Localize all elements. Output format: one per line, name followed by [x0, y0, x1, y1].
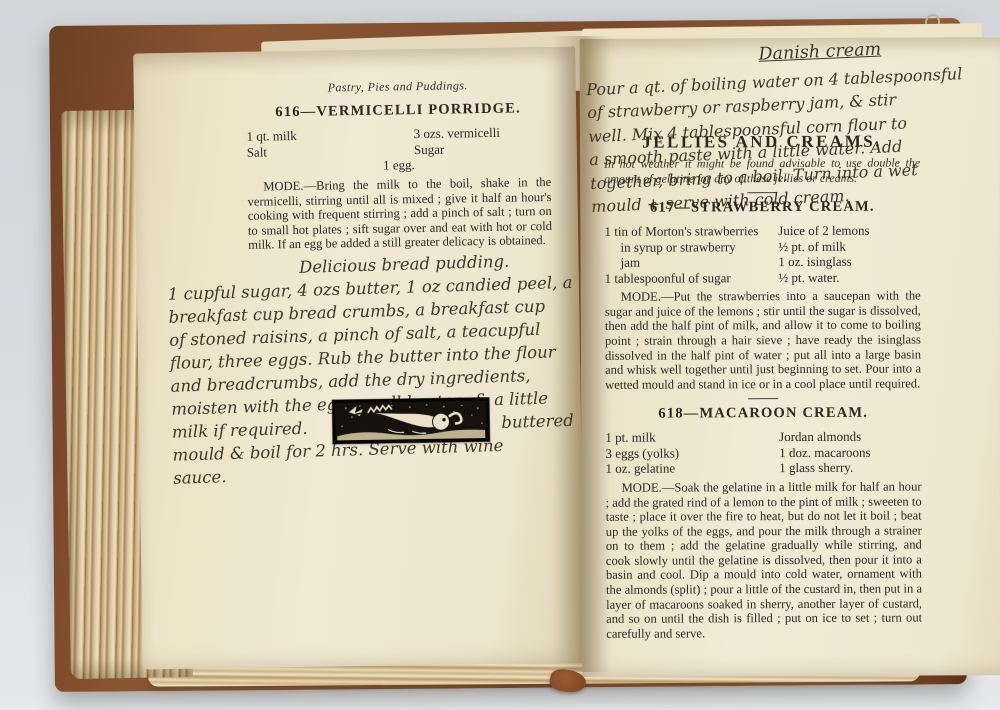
handwriting-line: of stoned raisins, a pinch of salt, a te… [169, 317, 572, 352]
right-page-print: JELLIES AND CREAMS. In hot weather it mi… [580, 37, 1000, 641]
mode-paragraph-616: MODE.—Bring the milk to the boil, shake … [247, 175, 552, 253]
handwriting-line: Delicious bread pudding. [167, 248, 570, 283]
section-heading: JELLIES AND CREAMS. [604, 131, 920, 152]
section-divider [748, 398, 778, 399]
ingredient: ½ pt. water. [778, 269, 920, 285]
handwriting-fragment: milk if required. [172, 417, 308, 444]
handwriting-line: flour, three eggs. Rub the butter into t… [170, 340, 573, 375]
left-page-print: Pastry, Pies and Puddings. 616—VERMICELL… [133, 47, 578, 255]
handwriting-line: breakfast cup bread crumbs, a breakfast … [168, 294, 571, 329]
handwriting-line: sauce. [173, 455, 576, 490]
handwriting-line: 1 cupful sugar, 4 ozs butter, 1 oz candi… [168, 271, 571, 306]
running-head: Pastry, Pies and Puddings. [246, 77, 550, 97]
left-page: Pastry, Pies and Puddings. 616—VERMICELL… [133, 47, 585, 670]
ingredients-column-left: 1 tin of Morton's strawberries in syrup … [604, 223, 778, 286]
ingredient: 1 oz. gelatine [605, 460, 779, 476]
ingredients-column-left: 1 pt. milk 3 eggs (yolks) 1 oz. gelatine [605, 429, 779, 476]
ingredient: 1 pt. milk [605, 429, 779, 445]
ingredient: 1 oz. isinglass [778, 254, 920, 270]
ingredients-column-right: Jordan almonds 1 doz. macaroons 1 glass … [779, 429, 921, 476]
recipe-title-617: 617—STRAWBERRY CREAM. [604, 199, 920, 217]
handwritten-note-left: Delicious bread pudding. 1 cupful sugar,… [167, 248, 576, 490]
ingredient: jam [605, 254, 779, 270]
section-note: In hot weather it might be found advisab… [604, 155, 920, 186]
ingredient: Juice of 2 lemons [778, 223, 920, 239]
ingredient: 3 eggs (yolks) [605, 445, 779, 461]
right-page: JELLIES AND CREAMS. In hot weather it mi… [580, 37, 1000, 677]
ingredient: Sugar [414, 139, 551, 157]
section-divider [747, 192, 777, 193]
ingredients-column-right: Juice of 2 lemons ½ pt. of milk 1 oz. is… [778, 223, 920, 286]
photo-background: Pastry, Pies and Puddings. 616—VERMICELL… [0, 0, 1000, 710]
recipe-title-616: 616—VERMICELLI PORRIDGE. [246, 100, 550, 122]
ingredients-616: 1 qt. milk 3 ozs. vermicelli Salt Sugar [246, 124, 550, 160]
ingredient: 1 glass sherry. [779, 460, 921, 476]
mode-paragraph-618: MODE.—Soak the gelatine in a little milk… [606, 479, 923, 641]
open-cookbook: Pastry, Pies and Puddings. 616—VERMICELL… [52, 10, 964, 694]
recipe-title-618: 618—MACAROON CREAM. [605, 405, 921, 423]
handwriting-fragment: buttered [501, 409, 574, 434]
ingredient: Jordan almonds [779, 429, 921, 445]
mode-paragraph-617: MODE.—Put the strawberries into a saucep… [605, 289, 921, 393]
fish-engraving-illustration [332, 397, 491, 449]
ingredients-618: 1 pt. milk 3 eggs (yolks) 1 oz. gelatine… [605, 429, 921, 477]
ingredient: 1 tablespoonful of sugar [605, 270, 779, 286]
ingredient: in syrup or strawberry [604, 239, 778, 255]
ingredients-617: 1 tin of Morton's strawberries in syrup … [604, 223, 920, 286]
ingredient: 1 doz. macaroons [779, 444, 921, 460]
ingredient: ½ pt. of milk [778, 238, 920, 254]
handwriting-line: and breadcrumbs, add the dry ingredients… [170, 363, 573, 398]
ingredient: 1 tin of Morton's strawberries [604, 223, 778, 239]
